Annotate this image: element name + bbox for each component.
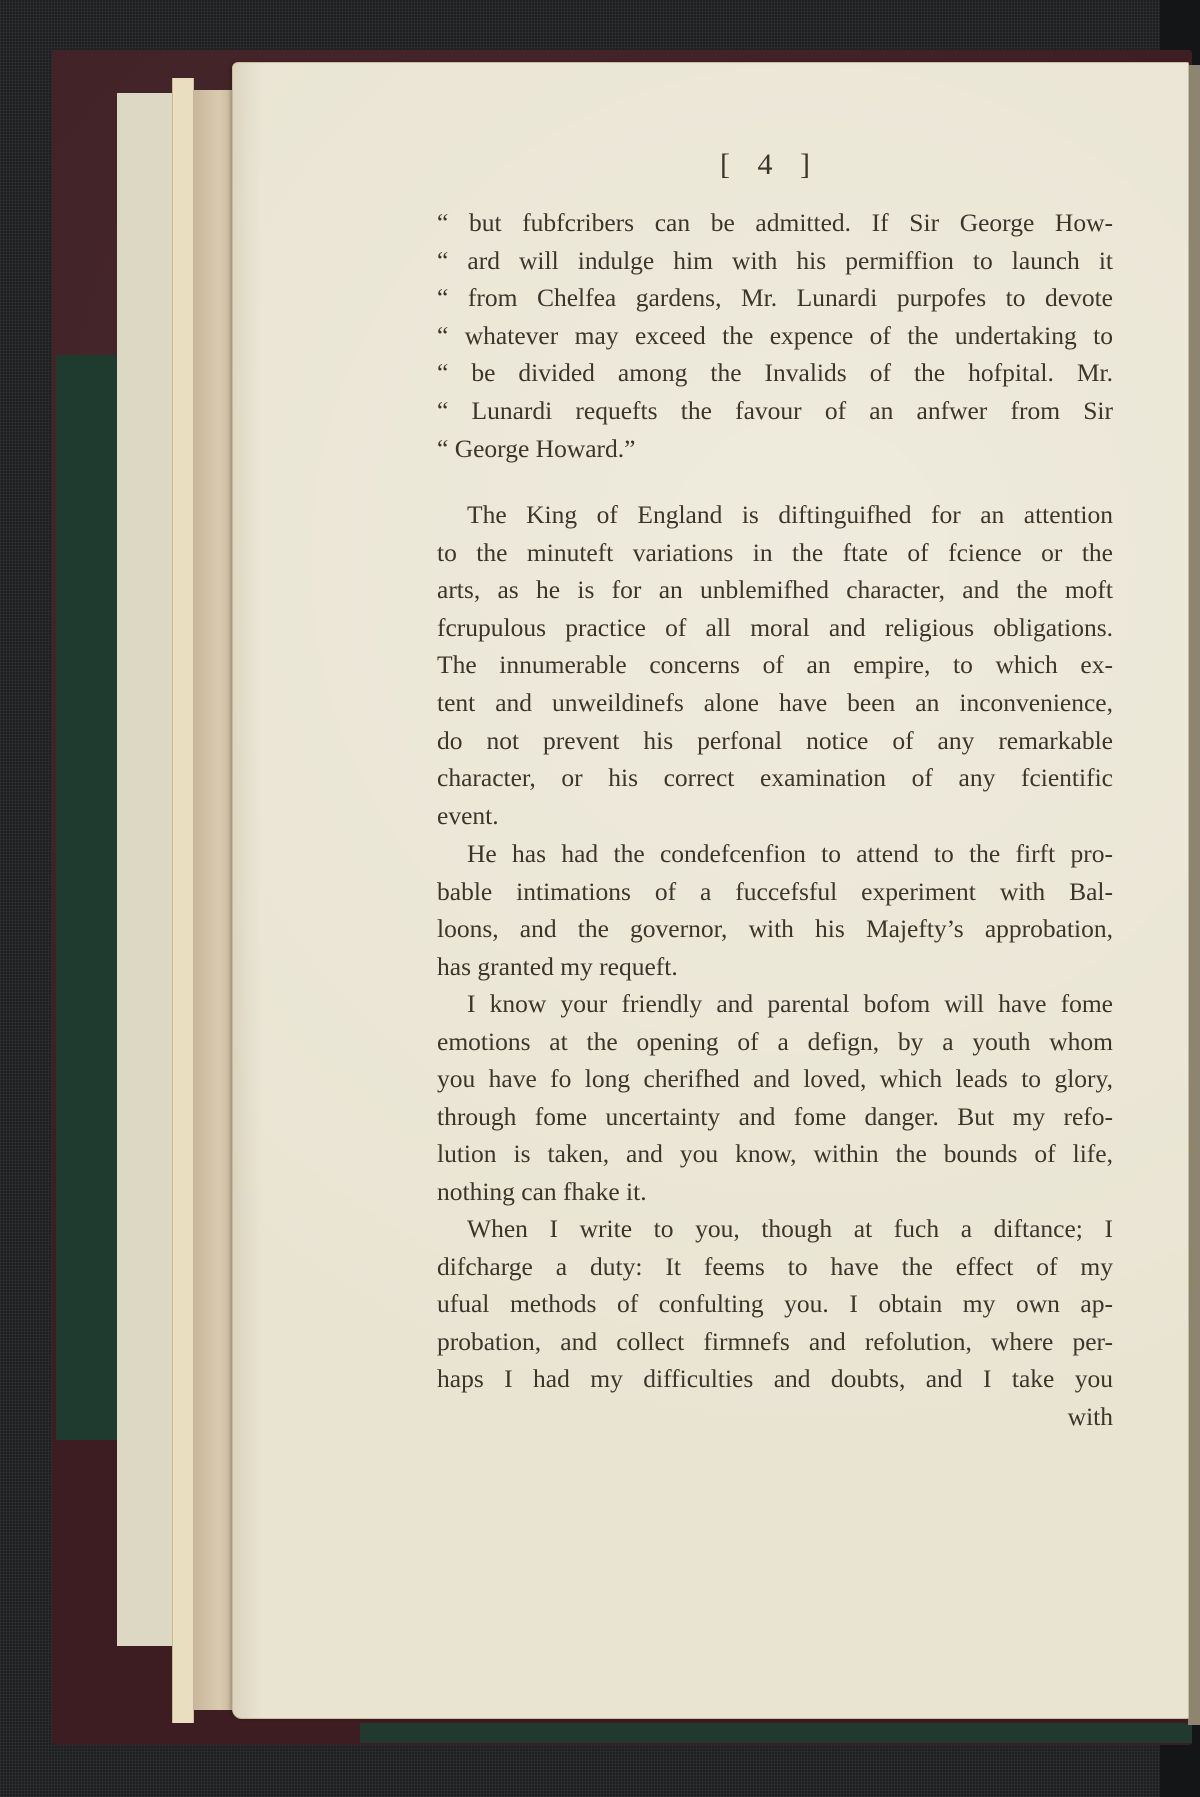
endpaper <box>117 93 179 1646</box>
paragraph-king: The King of England is diftinguifhed for… <box>437 496 1113 834</box>
catchword: with <box>437 1398 1113 1436</box>
text-line: event. <box>437 797 1113 835</box>
text-line: “ be divided among the Invalids of the h… <box>437 354 1113 392</box>
page-stack-edge <box>172 78 194 1723</box>
text-line: bable intimations of a fuccefsful experi… <box>437 873 1113 911</box>
page-number-header: [ 4 ] <box>715 148 825 182</box>
text-line: you have fo long cherifhed and loved, wh… <box>437 1060 1113 1098</box>
text-line: The King of England is diftinguifhed for… <box>437 496 1113 534</box>
text-line: to the minuteft variations in the ftate … <box>437 534 1113 572</box>
text-line: character, or his correct examination of… <box>437 759 1113 797</box>
text-line: When I write to you, though at fuch a di… <box>437 1210 1113 1248</box>
text-line: lution is taken, and you know, within th… <box>437 1135 1113 1173</box>
text-line: do not prevent his perfonal notice of an… <box>437 722 1113 760</box>
text-line: difcharge a duty: It feems to have the e… <box>437 1248 1113 1286</box>
page-stack-gutter <box>193 90 237 1710</box>
text-line: emotions at the opening of a defign, by … <box>437 1023 1113 1061</box>
text-line: “ whatever may exceed the expence of the… <box>437 317 1113 355</box>
text-line: “ George Howard.” <box>437 430 1113 468</box>
text-line: haps I had my difficulties and doubts, a… <box>437 1360 1113 1398</box>
paragraph-parental: I know your friendly and parental bofom … <box>437 985 1113 1211</box>
text-line: “ but fubfcribers can be admitted. If Si… <box>437 204 1113 242</box>
adjacent-page-edge <box>1188 65 1200 1725</box>
paragraph-condescension: He has had the condefcenfion to attend t… <box>437 835 1113 985</box>
text-line: fcrupulous practice of all moral and rel… <box>437 609 1113 647</box>
text-line: has granted my requeft. <box>437 948 1113 986</box>
book-spine-cloth <box>56 355 118 1440</box>
text-line: tent and unweildinefs alone have been an… <box>437 684 1113 722</box>
quote-block: “ but fubfcribers can be admitted. If Si… <box>437 204 1113 467</box>
text-line: through fome uncertainty and fome danger… <box>437 1098 1113 1136</box>
text-line: nothing can fhake it. <box>437 1173 1113 1211</box>
text-line: He has had the condefcenfion to attend t… <box>437 835 1113 873</box>
text-line: loons, and the governor, with his Majeft… <box>437 910 1113 948</box>
paragraph-distance: When I write to you, though at fuch a di… <box>437 1210 1113 1436</box>
text-line: “ from Chelfea gardens, Mr. Lunardi purp… <box>437 279 1113 317</box>
text-line: probation, and collect firmnefs and refo… <box>437 1323 1113 1361</box>
text-line: arts, as he is for an unblemifhed charac… <box>437 571 1113 609</box>
text-line: ufual methods of confulting you. I obtai… <box>437 1285 1113 1323</box>
text-line: “ Lunardi requefts the favour of an anfw… <box>437 392 1113 430</box>
text-line: I know your friendly and parental bofom … <box>437 985 1113 1023</box>
book-bottom-cloth <box>360 1723 1192 1743</box>
text-line: “ ard will indulge him with his permiffi… <box>437 242 1113 280</box>
text-line: The innumerable concerns of an empire, t… <box>437 646 1113 684</box>
